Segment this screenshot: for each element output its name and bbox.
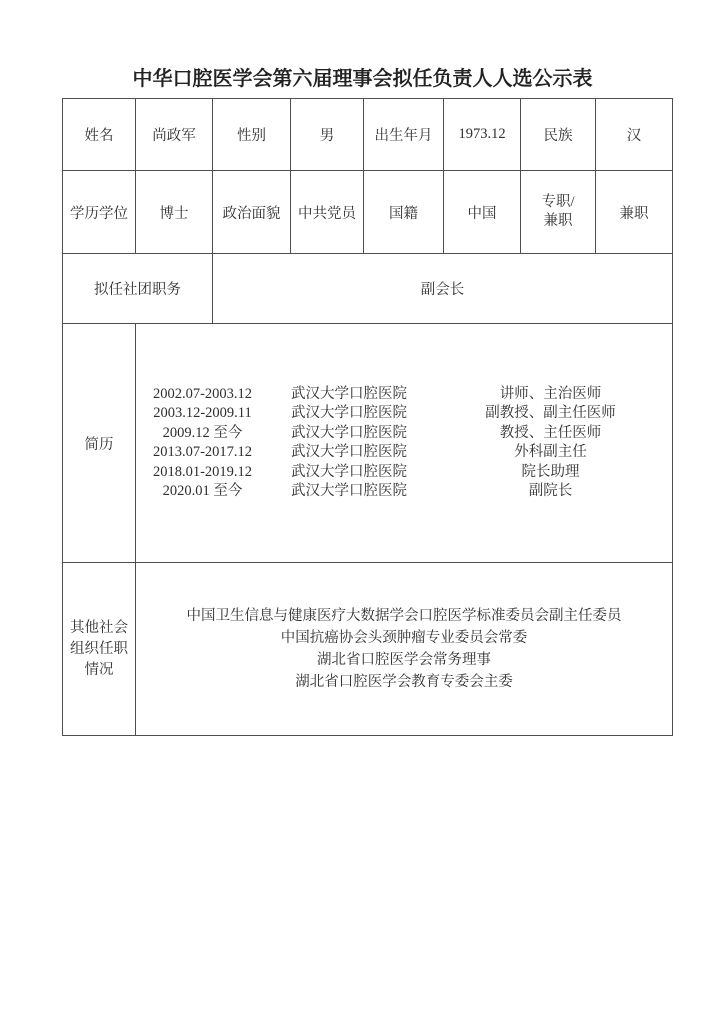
nationality-value: 中国 (444, 171, 521, 254)
resume-period: 2009.12 至今 (136, 424, 269, 444)
resume-entry: 2013.07-2017.12 武汉大学口腔医院 外科副主任 (136, 443, 672, 463)
resume-org: 武汉大学口腔医院 (269, 385, 429, 405)
table-row: 其他社会组织任职情况 中国卫生信息与健康医疗大数据学会口腔医学标准委员会副主任委… (63, 563, 673, 736)
other-roles-content: 中国卫生信息与健康医疗大数据学会口腔医学标准委员会副主任委员 中国抗癌协会头颈肿… (136, 563, 673, 736)
birth-label: 出生年月 (364, 99, 444, 171)
political-value: 中共党员 (291, 171, 364, 254)
resume-label: 简历 (63, 324, 136, 563)
proposed-position-value: 副会长 (213, 254, 673, 324)
employment-type-label-bottom: 兼职 (521, 212, 595, 231)
resume-title: 副院长 (429, 482, 672, 502)
other-role-item: 湖北省口腔医学会常务理事 (136, 649, 672, 671)
candidate-form-table: 姓名 尚政军 性别 男 出生年月 1973.12 民族 汉 学历学位 博士 政治… (62, 98, 673, 736)
other-role-item: 中国抗癌协会头颈肿瘤专业委员会常委 (136, 627, 672, 649)
birth-value: 1973.12 (444, 99, 521, 171)
resume-title: 院长助理 (429, 463, 672, 483)
resume-entry: 2003.12-2009.11 武汉大学口腔医院 副教授、副主任医师 (136, 404, 672, 424)
page-title: 中华口腔医学会第六届理事会拟任负责人人选公示表 (0, 66, 725, 92)
gender-value: 男 (291, 99, 364, 171)
resume-org: 武汉大学口腔医院 (269, 463, 429, 483)
resume-title: 外科副主任 (429, 443, 672, 463)
employment-type-label: 专职/ 兼职 (521, 171, 596, 254)
proposed-position-label: 拟任社团职务 (63, 254, 213, 324)
education-label: 学历学位 (63, 171, 136, 254)
table-row: 拟任社团职务 副会长 (63, 254, 673, 324)
resume-entry: 2018.01-2019.12 武汉大学口腔医院 院长助理 (136, 463, 672, 483)
table-row: 学历学位 博士 政治面貌 中共党员 国籍 中国 专职/ 兼职 兼职 (63, 171, 673, 254)
employment-type-label-top: 专职/ (521, 193, 595, 212)
resume-org: 武汉大学口腔医院 (269, 482, 429, 502)
document-page: 中华口腔医学会第六届理事会拟任负责人人选公示表 姓名 尚政军 性别 男 出生年月… (0, 0, 725, 1024)
other-role-item: 中国卫生信息与健康医疗大数据学会口腔医学标准委员会副主任委员 (136, 605, 672, 627)
other-roles-label: 其他社会组织任职情况 (63, 563, 136, 736)
employment-type-value: 兼职 (596, 171, 673, 254)
resume-org: 武汉大学口腔医院 (269, 404, 429, 424)
table-row: 简历 2002.07-2003.12 武汉大学口腔医院 讲师、主治医师 2003… (63, 324, 673, 563)
resume-title: 讲师、主治医师 (429, 385, 672, 405)
resume-content: 2002.07-2003.12 武汉大学口腔医院 讲师、主治医师 2003.12… (136, 324, 673, 563)
ethnicity-label: 民族 (521, 99, 596, 171)
resume-period: 2002.07-2003.12 (136, 385, 269, 405)
resume-period: 2013.07-2017.12 (136, 443, 269, 463)
name-value: 尚政军 (136, 99, 213, 171)
nationality-label: 国籍 (364, 171, 444, 254)
ethnicity-value: 汉 (596, 99, 673, 171)
resume-entry: 2002.07-2003.12 武汉大学口腔医院 讲师、主治医师 (136, 385, 672, 405)
resume-org: 武汉大学口腔医院 (269, 443, 429, 463)
resume-period: 2003.12-2009.11 (136, 404, 269, 424)
resume-entry: 2020.01 至今 武汉大学口腔医院 副院长 (136, 482, 672, 502)
other-role-item: 湖北省口腔医学会教育专委会主委 (136, 671, 672, 693)
resume-entry: 2009.12 至今 武汉大学口腔医院 教授、主任医师 (136, 424, 672, 444)
resume-title: 副教授、副主任医师 (429, 404, 672, 424)
education-value: 博士 (136, 171, 213, 254)
table-row: 姓名 尚政军 性别 男 出生年月 1973.12 民族 汉 (63, 99, 673, 171)
resume-period: 2020.01 至今 (136, 482, 269, 502)
resume-org: 武汉大学口腔医院 (269, 424, 429, 444)
political-label: 政治面貌 (213, 171, 291, 254)
name-label: 姓名 (63, 99, 136, 171)
resume-title: 教授、主任医师 (429, 424, 672, 444)
resume-period: 2018.01-2019.12 (136, 463, 269, 483)
gender-label: 性别 (213, 99, 291, 171)
